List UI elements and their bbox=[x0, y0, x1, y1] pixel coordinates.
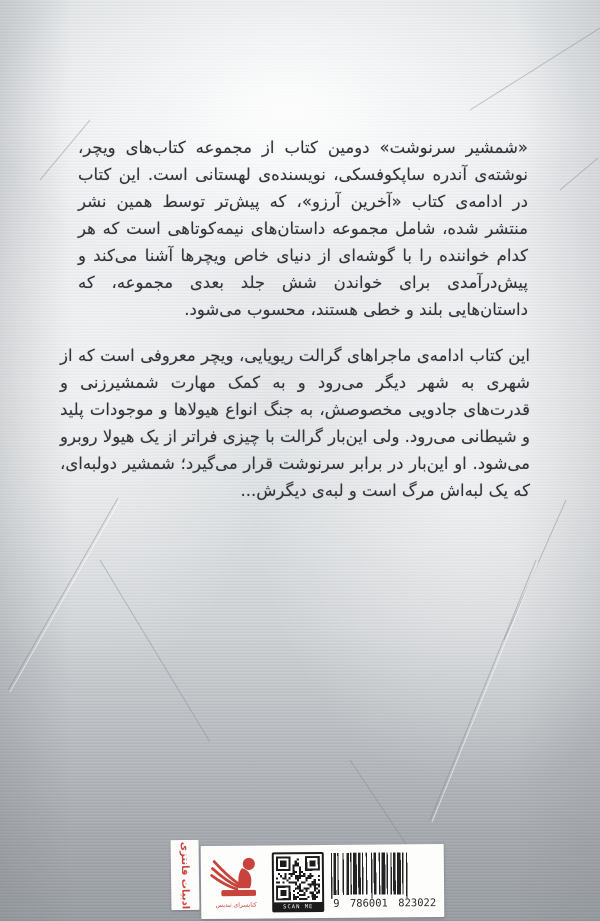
barcode-bars-icon bbox=[331, 852, 438, 899]
publisher-name: کتابسرای تندیس bbox=[216, 901, 257, 908]
qr-code-icon bbox=[272, 851, 324, 903]
barcode-sticker: کتابسرای تندیس SCAN ME 9 786001 823022 bbox=[201, 844, 445, 919]
publisher-logo-block: کتابسرای تندیس bbox=[203, 850, 270, 915]
publisher-logo-icon bbox=[210, 856, 262, 900]
genre-label: ادبیات فانتزی bbox=[179, 841, 191, 908]
qr-scan-me-caption: SCAN ME bbox=[272, 902, 324, 911]
book-description: «شمشیر سرنوشت» دومین کتاب از مجموعه کتاب… bbox=[0, 134, 600, 504]
barcode-number: 9 786001 823022 bbox=[331, 898, 438, 910]
qr-block: SCAN ME bbox=[269, 851, 328, 912]
description-paragraph-1: «شمشیر سرنوشت» دومین کتاب از مجموعه کتاب… bbox=[78, 134, 528, 323]
barcode-block: 9 786001 823022 bbox=[331, 848, 439, 913]
description-paragraph-2: این کتاب ادامه‌ی ماجراهای گرالت ریویایی،… bbox=[60, 342, 530, 504]
genre-sticker: ادبیات فانتزی bbox=[171, 840, 200, 910]
barcode-group-1: 786001 bbox=[350, 898, 388, 909]
barcode-group-2: 823022 bbox=[398, 898, 436, 909]
barcode-prefix: 9 bbox=[333, 899, 339, 910]
book-back-cover: «شمشیر سرنوشت» دومین کتاب از مجموعه کتاب… bbox=[0, 0, 600, 921]
